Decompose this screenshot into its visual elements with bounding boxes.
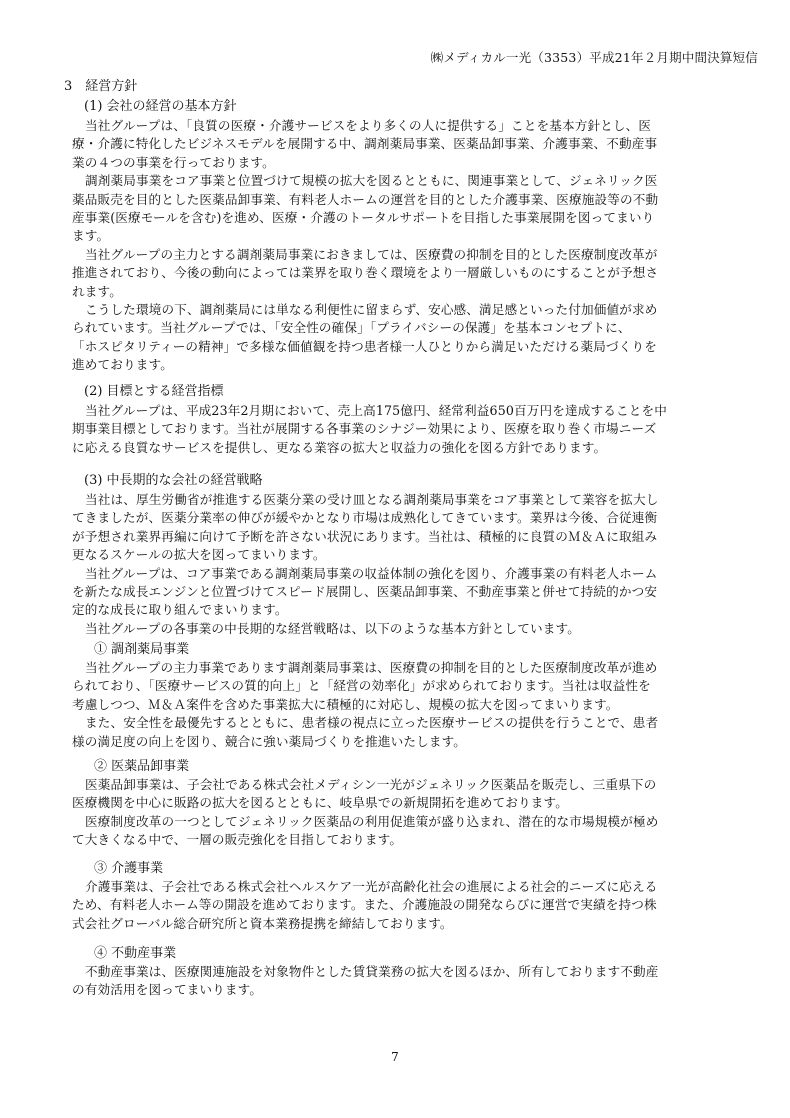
paragraph-line: こうした環境の下、調剤薬局には単なる利便性に留まらず、安心感、満足感といった付加… — [72, 301, 752, 319]
paragraph-line: 薬品販売を目的とした医薬品卸事業、有料老人ホームの運営を目的とした介護事業、医療… — [72, 191, 752, 209]
paragraph-line: に応える良質なサービスを提供し、更なる業容の拡大と収益力の強化を図る方針でありま… — [72, 439, 752, 457]
business-item-pharma-wholesale: ② 医薬品卸事業 医薬品卸事業は、子会社である株式会社メディシン一光がジェネリッ… — [72, 757, 752, 850]
paragraph-line: 医療機関を中心に販路の拡大を図るとともに、岐阜県での新規開拓を進めております。 — [72, 794, 752, 812]
paragraph-line: 当社グループは、平成23年2月期において、売上高175億円、経常利益650百万円… — [72, 402, 752, 420]
paragraph-line: 医療制度改革の一つとしてジェネリック医薬品の利用促進策が盛り込まれ、潜在的な市場… — [72, 813, 752, 831]
section-title: 3 経営方針 — [64, 75, 137, 94]
paragraph-line: 当社グループの主力とする調剤薬局事業におきましては、医療費の抑制を目的とした医療… — [72, 246, 752, 264]
paragraph-line: 定的な成長に取り組んでまいります。 — [72, 601, 752, 619]
paragraph-line: 調剤薬局事業をコア事業と位置づけて規模の拡大を図るとともに、関連事業として、ジェ… — [72, 172, 752, 190]
business-item-nursing-care: ③ 介護事業 介護事業は、子会社である株式会社ヘルスケア一光が高齢化社会の進展に… — [72, 859, 752, 933]
paragraph-line: られています。当社グループでは、「安全性の確保」「プライバシーの保護」を基本コン… — [72, 319, 752, 337]
paragraph-line: 不動産事業は、医療関連施設を対象物件とした賃貸業務の拡大を図るほか、所有しており… — [72, 963, 752, 981]
paragraph-lines: 当社グループは、「良質の医療・介護サービスをより多くの人に提供する」ことを基本方… — [72, 117, 752, 374]
paragraph-line: 介護事業は、子会社である株式会社ヘルスケア一光が高齢化社会の進展による社会的ニー… — [72, 878, 752, 896]
subsection-basic-policy: (1) 会社の経営の基本方針 当社グループは、「良質の医療・介護サービスをより多… — [72, 97, 752, 374]
paragraph-line: られており、「医療サービスの質的向上」と「経営の効率化」が求められております。当… — [72, 677, 752, 695]
paragraph-line: ため、有料老人ホーム等の開設を進めております。また、介護施設の開発ならびに運営で… — [72, 896, 752, 914]
subsection-title: (3) 中長期的な会社の経営戦略 — [84, 471, 752, 491]
paragraph-line: ます。 — [72, 227, 752, 245]
paragraph-line: 更なるスケールの拡大を図ってまいります。 — [72, 546, 752, 564]
business-item-title: ③ 介護事業 — [94, 859, 752, 878]
paragraph-line: 当社グループは、コア事業である調剤薬局事業の収益体制の強化を図り、介護事業の有料… — [72, 565, 752, 583]
paragraph-lines: 不動産事業は、医療関連施設を対象物件とした賃貸業務の拡大を図るほか、所有しており… — [72, 963, 752, 1000]
subsection-mid-long-term-strategy: (3) 中長期的な会社の経営戦略 当社は、厚生労働省が推進する医薬分業の受け皿と… — [72, 471, 752, 638]
paragraph-line: て大きくなる中で、一層の販売強化を目指しております。 — [72, 831, 752, 849]
paragraph-line: 当社グループの各事業の中長期的な経営戦略は、以下のような基本方針としています。 — [72, 620, 752, 638]
document-page: ㈱メディカル一光（3353）平成21年２月期中間決算短信 3 経営方針 (1) … — [0, 0, 790, 1118]
paragraph-lines: 介護事業は、子会社である株式会社ヘルスケア一光が高齢化社会の進展による社会的ニー… — [72, 878, 752, 933]
paragraph-line: てきましたが、医薬分業率の伸びが緩やかとなり市場は成熟化してきています。業界は今… — [72, 509, 752, 527]
business-item-title: ④ 不動産事業 — [94, 944, 752, 963]
business-item-real-estate: ④ 不動産事業 不動産事業は、医療関連施設を対象物件とした賃貸業務の拡大を図るほ… — [72, 944, 752, 1000]
paragraph-line: を新たな成長エンジンと位置づけてスピード展開し、医薬品卸事業、不動産事業と併せて… — [72, 583, 752, 601]
paragraph-line: 業の４つの事業を行っております。 — [72, 154, 752, 172]
paragraph-line: 期事業目標としております。当社が展開する各事業のシナジー効果により、医療を取り巻… — [72, 420, 752, 438]
paragraph-lines: 当社グループは、平成23年2月期において、売上高175億円、経常利益650百万円… — [72, 402, 752, 457]
paragraph-lines: 当社グループの主力事業であります調剤薬局事業は、医療費の抑制を目的とした医療制度… — [72, 659, 752, 751]
paragraph-line: 医薬品卸事業は、子会社である株式会社メディシン一光がジェネリック医薬品を販売し、… — [72, 776, 752, 794]
subsection-management-targets: (2) 目標とする経営指標 当社グループは、平成23年2月期において、売上高17… — [72, 382, 752, 457]
paragraph-line: 進めております。 — [72, 356, 752, 374]
paragraph-line: が予想され業界再編に向けて予断を許さない状況にあります。当社は、積極的に良質のＭ… — [72, 528, 752, 546]
paragraph-line: 療・介護に特化したビジネスモデルを展開する中、調剤薬局事業、医薬品卸事業、介護事… — [72, 135, 752, 153]
paragraph-line: 当社グループは、「良質の医療・介護サービスをより多くの人に提供する」ことを基本方… — [72, 117, 752, 135]
paragraph-line: 様の満足度の向上を図り、競合に強い薬局づくりを推進いたします。 — [72, 733, 752, 751]
paragraph-line: 推進されており、今後の動向によっては業界を取り巻く環境をより一層厳しいものにする… — [72, 264, 752, 282]
paragraph-lines: 当社は、厚生労働省が推進する医薬分業の受け皿となる調剤薬局事業をコア事業として業… — [72, 491, 752, 638]
paragraph-line: れます。 — [72, 283, 752, 301]
paragraph-line: また、安全性を最優先するとともに、患者様の視点に立った医療サービスの提供を行うこ… — [72, 714, 752, 732]
business-item-title: ① 調剤薬局事業 — [94, 640, 752, 659]
page-number: 7 — [0, 1050, 790, 1064]
paragraph-line: 考慮しつつ、Ｍ＆Ａ案件を含めた事業拡大に積極的に対応し、規模の拡大を図ってまいり… — [72, 696, 752, 714]
subsection-title: (2) 目標とする経営指標 — [84, 382, 752, 402]
paragraph-line: の有効活用を図ってまいります。 — [72, 981, 752, 999]
page-header: ㈱メディカル一光（3353）平成21年２月期中間決算短信 — [431, 48, 758, 66]
business-item-dispensing-pharmacy: ① 調剤薬局事業 当社グループの主力事業であります調剤薬局事業は、医療費の抑制を… — [72, 640, 752, 751]
subsection-title: (1) 会社の経営の基本方針 — [84, 97, 752, 117]
paragraph-line: 式会社グローバル総合研究所と資本業務提携を締結しております。 — [72, 915, 752, 933]
paragraph-line: 「ホスピタリティーの精神」で多様な価値観を持つ患者様一人ひとりから満足いただける… — [72, 338, 752, 356]
business-item-title: ② 医薬品卸事業 — [94, 757, 752, 776]
paragraph-line: 当社グループの主力事業であります調剤薬局事業は、医療費の抑制を目的とした医療制度… — [72, 659, 752, 677]
paragraph-lines: 医薬品卸事業は、子会社である株式会社メディシン一光がジェネリック医薬品を販売し、… — [72, 776, 752, 850]
paragraph-line: 産事業(医療モールを含む)を進め、医療・介護のトータルサポートを目指した事業展開… — [72, 209, 752, 227]
paragraph-line: 当社は、厚生労働省が推進する医薬分業の受け皿となる調剤薬局事業をコア事業として業… — [72, 491, 752, 509]
